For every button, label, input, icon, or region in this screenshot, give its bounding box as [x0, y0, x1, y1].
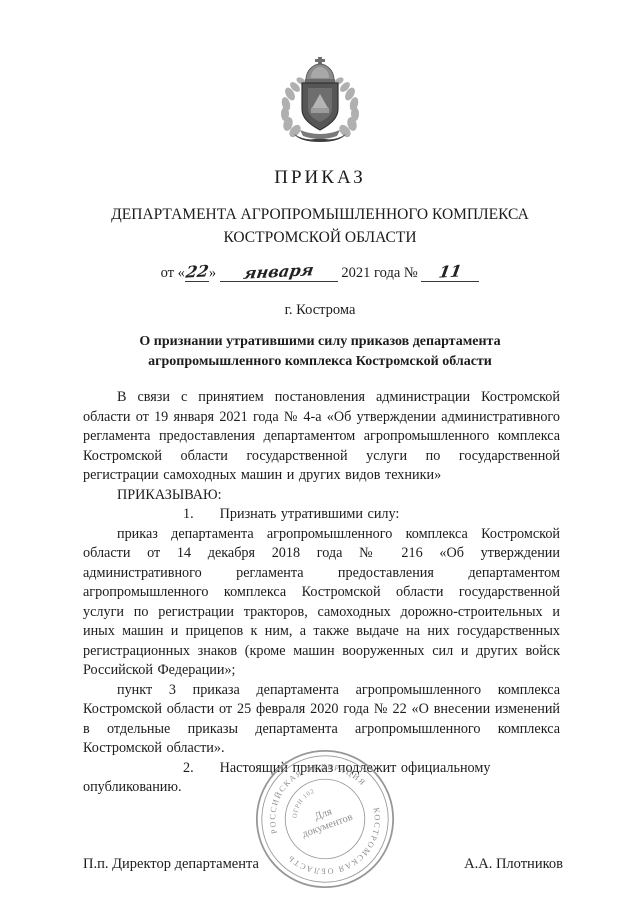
subject-title: О признании утратившими силу приказов де… [0, 332, 640, 372]
signature-title: П.п. Директор департамента [83, 856, 259, 873]
handwritten-month: января [243, 262, 315, 282]
list-item-2: 2.Настоящий приказ подлежит официальному… [83, 759, 560, 798]
handwritten-day: 22 [184, 263, 209, 280]
svg-text:КОСТРОМСКАЯ ОБЛАСТЬ: КОСТРОМСКАЯ ОБЛАСТЬ [279, 805, 396, 890]
stamp-center-line2: документов [301, 812, 355, 840]
document-page: ПРИКАЗ ДЕПАРТАМЕНТА АГРОПРОМЫШЛЕННОГО КО… [0, 0, 640, 905]
list-item-1: 1.Признать утратившими силу: [83, 505, 560, 525]
org-name-line1: ДЕПАРТАМЕНТА АГРОПРОМЫШЛЕННОГО КОМПЛЕКСА [0, 203, 640, 226]
paragraph-order-216: приказ департамента агропромышленного ко… [83, 525, 560, 681]
date-middle: 2021 года № [341, 265, 417, 281]
subject-line2: агропромышленного комплекса Костромской … [0, 352, 640, 372]
paragraph-prikazyvayu: ПРИКАЗЫВАЮ: [83, 486, 560, 506]
subject-line1: О признании утратившими силу приказов де… [0, 332, 640, 352]
signature-name: А.А. Плотников [464, 856, 563, 873]
kostroma-coat-of-arms-icon [264, 56, 376, 146]
paragraph-order-22: пункт 3 приказа департамента агропромышл… [83, 681, 560, 759]
org-name: ДЕПАРТАМЕНТА АГРОПРОМЫШЛЕННОГО КОМПЛЕКСА… [0, 203, 640, 249]
stamp-center-line1: Для [313, 806, 333, 822]
date-close-quote: » [209, 265, 216, 281]
date-line: от «22» января 2021 года № 11 [0, 264, 640, 282]
item-2-number: 2. [133, 759, 194, 779]
coat-of-arms [264, 56, 376, 151]
org-name-line2: КОСТРОМСКОЙ ОБЛАСТИ [0, 226, 640, 249]
city-line: г. Кострома [0, 302, 640, 319]
signature-row: П.п. Директор департамента А.А. Плотнико… [83, 856, 563, 873]
paragraph-preamble: В связи с принятием постановления админи… [83, 388, 560, 486]
item-1-number: 1. [133, 505, 194, 525]
document-title: ПРИКАЗ [0, 167, 640, 189]
date-prefix: от « [161, 265, 185, 281]
item-1-text: Признать утратившими силу: [220, 506, 400, 522]
stamp-outer-text-bottom: КОСТРОМСКАЯ ОБЛАСТЬ [279, 805, 396, 890]
handwritten-number: 11 [438, 263, 463, 280]
document-body: В связи с принятием постановления админи… [83, 388, 560, 798]
